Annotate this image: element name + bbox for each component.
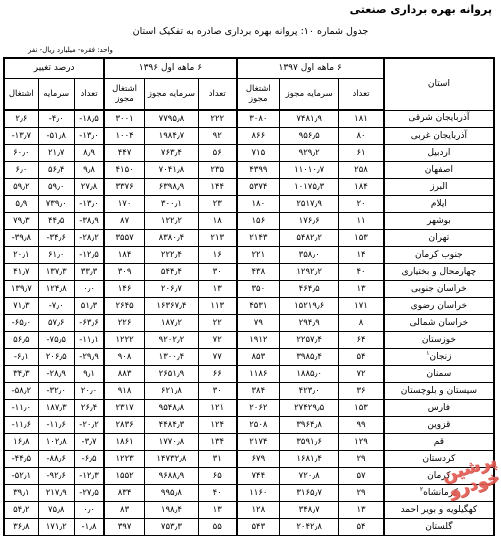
cell-count-1397: ۲۹: [339, 485, 384, 502]
cell-count-change: ۲۰٫۰: [74, 383, 104, 400]
group-header-row: استان ۶ ماهه اول ۱۳۹۷ ۶ ماهه اول ۱۳۹۶ در…: [4, 58, 494, 79]
table-row: کهگیلویه و بویر احمد ۱۳ ۳۴۸٫۷ ۱۲۸ ۱۳ ۱۹۸…: [4, 502, 494, 519]
cell-count-1396: ۲۲۲: [198, 110, 236, 128]
cell-employment-change: -۴۴٫۵: [4, 451, 38, 468]
cell-count-1396: ۵۵: [198, 519, 236, 536]
page-title: پروانه بهره برداری صنعتی: [350, 3, 492, 16]
cell-capital-1396: ۱۹۸٫۴: [144, 502, 198, 519]
cell-employment-1396: ۸۳۴: [104, 485, 144, 502]
cell-employment-change: -۳۹٫۸: [4, 230, 38, 247]
table-body: آذربایجان شرقی ۱۸۱ ۷۴۸۱٫۹ ۳۰۸۰ ۲۲۲ ۷۷۹۵٫…: [4, 110, 494, 536]
cell-count-1397: ۱۸۴: [339, 179, 384, 196]
cell-employment-1397: ۸۶۶: [237, 128, 280, 145]
cell-employment-1397: ۵۴۳: [237, 519, 280, 536]
cell-capital-1397: ۲۲۵۷٫۴: [280, 332, 339, 349]
cell-count-1396: ۷۲: [198, 332, 236, 349]
cell-employment-1396: ۸۸۳: [104, 366, 144, 383]
cell-capital-change: -۵۱٫۸: [38, 128, 74, 145]
cell-capital-1397: ۱۲۹۲٫۲: [280, 264, 339, 281]
cell-employment-1396: ۸۳: [104, 502, 144, 519]
table-row: کرمانشاه۲ ۲۹ ۳۱۶۵٫۷ ۱۱۶۰ ۴۰ ۹۹۵٫۸ ۸۳۴ -۲…: [4, 485, 494, 502]
province-name: جنوب کرمان: [384, 247, 494, 264]
cell-count-change: ۲۶٫۴: [74, 400, 104, 417]
cell-capital-1396: ۱۲۲٫۲: [144, 213, 198, 230]
table-row: قم ۱۲۹ ۳۵۹۱٫۶ ۲۱۷۴ ۱۳۴ ۱۷۷۰٫۸ ۱۸۶۱ -۳٫۷ …: [4, 434, 494, 451]
cell-capital-change: ۴۴٫۵: [38, 213, 74, 230]
cell-employment-change: ۳۶٫۸: [4, 519, 38, 536]
cell-employment-change: ۲٫۶: [4, 110, 38, 128]
province-name: چهارمحال و بختیاری: [384, 264, 494, 281]
table-row: خراسان شمالی ۸ ۲۹۴٫۹ ۷۹ ۲۲ ۱۸۷٫۲ ۲۲۶ -۶۳…: [4, 315, 494, 332]
cell-count-1397: ۴۰: [339, 264, 384, 281]
column-header-count-change: تعداد: [74, 79, 104, 111]
cell-capital-1396: ۱۳۰۰٫۴: [144, 349, 198, 366]
cell-employment-change: ۳۴٫۳: [4, 366, 38, 383]
cell-count-1396: ۶۶: [198, 366, 236, 383]
cell-count-1396: ۷۷: [198, 349, 236, 366]
province-name: آذربایجان غربی: [384, 128, 494, 145]
table-row: کرمان ۵۷ ۷۲۰٫۸ ۷۴۴ ۶۵ ۹۶۸۸٫۹ ۱۵۵۲ -۱۲٫۳ …: [4, 468, 494, 485]
group-header-percent-change: درصد تغییر: [4, 58, 104, 79]
cell-count-change: ۵۱٫۳: [74, 298, 104, 315]
cell-employment-1396: ۳۵۵۷: [104, 230, 144, 247]
cell-employment-1397: ۱۵۶: [237, 213, 280, 230]
cell-employment-change: -۵۸٫۲: [4, 383, 38, 400]
cell-capital-change: -۳۲٫۰: [38, 383, 74, 400]
cell-count-change: -۲۸٫۲: [74, 230, 104, 247]
table-row: گلستان ۵۴ ۲۰۴۲٫۸ ۵۴۳ ۵۵ ۷۵۳٫۳ ۳۹۷ -۱٫۸ ۱…: [4, 519, 494, 536]
cell-capital-1397: ۲۹۴٫۹: [280, 315, 339, 332]
cell-employment-1396: ۱۵۵۲: [104, 468, 144, 485]
cell-capital-change: ۱۳۷٫۳: [38, 264, 74, 281]
cell-capital-1397: ۳۵۹۱٫۶: [280, 434, 339, 451]
cell-count-1396: ۱۲۴: [198, 417, 236, 434]
cell-count-change: -۶۳٫۶: [74, 315, 104, 332]
cell-count-1397: ۷۲: [339, 366, 384, 383]
column-header-count-1397: تعداد: [339, 79, 384, 111]
cell-employment-change: ۷۹٫۳: [4, 213, 38, 230]
cell-count-1396: ۱۸: [198, 213, 236, 230]
cell-capital-1397: ۳۴۸٫۷: [280, 502, 339, 519]
cell-employment-change: ۳۹٫۱: [4, 485, 38, 502]
column-header-capital-1397: سرمایه مجوز: [280, 79, 339, 111]
cell-count-1397: ۹۹: [339, 417, 384, 434]
cell-capital-1397: ۵۴۸۲٫۲: [280, 230, 339, 247]
table-row: خراسان جنوبی ۱۳ ۴۶۴٫۵ ۳۵۰ ۱۳ ۲۰۶٫۷ ۱۴۶ ۰…: [4, 281, 494, 298]
cell-employment-1397: ۲۵۰۸: [237, 417, 280, 434]
cell-capital-1396: ۶۳۹۸٫۹: [144, 179, 198, 196]
unit-note: واحد: فقره- میلیارد ریال- نفر: [28, 46, 113, 54]
province-name: قزوین: [384, 417, 494, 434]
cell-count-1396: ۱۳: [198, 281, 236, 298]
cell-capital-1396: ۱۷۷۰٫۸: [144, 434, 198, 451]
cell-capital-1397: ۱۸۸۵٫۰: [280, 366, 339, 383]
cell-capital-change: ۵۷٫۶: [38, 315, 74, 332]
cell-count-change: -۱۳٫۰: [74, 196, 104, 213]
cell-count-1396: ۱۶: [198, 247, 236, 264]
cell-capital-1396: ۱۸۷٫۲: [144, 315, 198, 332]
cell-employment-1396: ۴۴۷: [104, 145, 144, 162]
cell-employment-1397: ۴۳۹۹: [237, 162, 280, 179]
cell-employment-change: -۶۵٫۰: [4, 315, 38, 332]
cell-employment-change: -۱۳٫۷: [4, 128, 38, 145]
cell-count-1397: ۲۰: [339, 196, 384, 213]
cell-capital-change: ۲۰۶٫۵: [38, 349, 74, 366]
cell-employment-1396: ۳۳۷۶: [104, 179, 144, 196]
cell-employment-1397: ۷۱۵: [237, 145, 280, 162]
cell-capital-1397: ۲۵۱۷٫۹: [280, 196, 339, 213]
cell-count-1397: ۱۵۳: [339, 230, 384, 247]
cell-employment-change: ۱۳۹٫۷: [4, 281, 38, 298]
cell-capital-1397: ۱۷۶٫۶: [280, 213, 339, 230]
cell-employment-1397: ۱۱۶۰: [237, 485, 280, 502]
cell-capital-1397: ۷۴۸۱٫۹: [280, 110, 339, 128]
cell-employment-1396: ۲۶۴۵: [104, 298, 144, 315]
cell-count-1397: ۱۷۱: [339, 298, 384, 315]
cell-employment-1397: ۱۹۱۲: [237, 332, 280, 349]
cell-capital-change: -۷۵٫۵: [38, 332, 74, 349]
table-row: فارس ۱۵۳ ۲۷۴۲۹٫۵ ۲۰۶۲ ۱۲۱ ۹۵۴۸٫۸ ۲۳۱۷ ۲۶…: [4, 400, 494, 417]
table-row: اردبیل ۶۱ ۹۲۹٫۲ ۷۱۵ ۵۶ ۷۶۳٫۴ ۴۴۷ ۸٫۹ ۲۱٫…: [4, 145, 494, 162]
province-name: خراسان رضوی: [384, 298, 494, 315]
cell-employment-change: ۵۹٫۲: [4, 179, 38, 196]
province-name: ایلام: [384, 196, 494, 213]
cell-capital-1397: ۱۵۲۱۹٫۶: [280, 298, 339, 315]
cell-count-change: ۲۷٫۸: [74, 179, 104, 196]
cell-count-1396: ۱۴۴: [198, 179, 236, 196]
cell-count-1397: ۱۸۱: [339, 110, 384, 128]
province-name: آذربایجان شرقی: [384, 110, 494, 128]
province-name: خوزستان: [384, 332, 494, 349]
province-name: سیستان و بلوچستان: [384, 383, 494, 400]
cell-count-1396: ۴۰: [198, 485, 236, 502]
cell-employment-1397: ۷۴۴: [237, 468, 280, 485]
cell-employment-1396: ۱۸۶۱: [104, 434, 144, 451]
cell-capital-change: ۱۲۴٫۸: [38, 281, 74, 298]
cell-capital-1396: ۲۲۲٫۴: [144, 247, 198, 264]
cell-capital-1396: ۸۳۸۰٫۴: [144, 230, 198, 247]
cell-capital-change: ۱۸۷٫۳: [38, 400, 74, 417]
cell-employment-1397: ۱۸۰: [237, 196, 280, 213]
table-caption: جدول شماره ۱۰: پروانه بهره برداری صادره …: [0, 26, 501, 37]
province-name: خراسان شمالی: [384, 315, 494, 332]
group-header-1397: ۶ ماهه اول ۱۳۹۷: [237, 58, 384, 79]
cell-capital-1397: ۹۵۶٫۵: [280, 128, 339, 145]
cell-employment-1397: ۳۵۰: [237, 281, 280, 298]
cell-capital-1396: ۱۶۳۶۷٫۴: [144, 298, 198, 315]
cell-capital-1396: ۲۰۶٫۷: [144, 281, 198, 298]
cell-count-1397: ۵۴: [339, 349, 384, 366]
cell-capital-1396: ۴۴۸۴٫۳: [144, 417, 198, 434]
cell-capital-change: -۴٫۰: [38, 110, 74, 128]
table-row: جنوب کرمان ۱۴ ۳۵۸٫۰ ۲۲۱ ۱۶ ۲۲۲٫۴ ۱۸۴ -۱۲…: [4, 247, 494, 264]
cell-employment-1396: ۹۰۸: [104, 349, 144, 366]
cell-count-change: -۱۳٫۰: [74, 128, 104, 145]
cell-count-1397: ۵۷: [339, 468, 384, 485]
province-name: اردبیل: [384, 145, 494, 162]
cell-capital-1396: ۷۰۴۱٫۸: [144, 162, 198, 179]
cell-capital-change: ۷۵٫۸: [38, 502, 74, 519]
province-name: کهگیلویه و بویر احمد: [384, 502, 494, 519]
province-name: فارس: [384, 400, 494, 417]
cell-employment-1397: ۱۲۸: [237, 502, 280, 519]
cell-employment-1397: ۷۹: [237, 315, 280, 332]
table-row: اصفهان ۲۵۸ ۱۱۰۱۰٫۷ ۴۳۹۹ ۲۳۵ ۷۰۴۱٫۸ ۴۱۵۰ …: [4, 162, 494, 179]
column-header-capital-1396: سرمایه مجوز: [144, 79, 198, 111]
cell-capital-1396: ۷۷۹۵٫۸: [144, 110, 198, 128]
cell-capital-change: ۲۱٫۷: [38, 145, 74, 162]
cell-capital-1396: ۹۶۸۸٫۹: [144, 468, 198, 485]
cell-count-1396: ۳۰: [198, 383, 236, 400]
cell-employment-1397: ۸۵۳: [237, 349, 280, 366]
province-name: کرمانشاه۲: [384, 485, 494, 502]
cell-count-1396: ۳۰: [198, 264, 236, 281]
cell-capital-change: ۶۱٫۰: [38, 247, 74, 264]
cell-employment-1396: ۱۷۰: [104, 196, 144, 213]
cell-capital-1396: ۶۲۱٫۸: [144, 383, 198, 400]
table-row: خوزستان ۶۴ ۲۲۵۷٫۴ ۱۹۱۲ ۷۲ ۹۲۰۲٫۲ ۱۲۲۲ -۱…: [4, 332, 494, 349]
cell-count-1397: ۱۳: [339, 502, 384, 519]
column-header-count-1396: تعداد: [198, 79, 236, 111]
province-name: زنجان۱: [384, 349, 494, 366]
cell-capital-1396: ۲۶۵۱٫۹: [144, 366, 198, 383]
cell-employment-change: -۱۱٫۰: [4, 400, 38, 417]
cell-employment-1396: ۸۷: [104, 213, 144, 230]
cell-count-1397: ۲۹: [339, 451, 384, 468]
cell-employment-1397: ۲۱۴۳: [237, 230, 280, 247]
cell-capital-1397: ۲۷۴۲۹٫۵: [280, 400, 339, 417]
cell-employment-change: ۲۰٫۱: [4, 247, 38, 264]
table-row: زنجان۱ ۵۴ ۳۹۸۵٫۴ ۸۵۳ ۷۷ ۱۳۰۰٫۴ ۹۰۸ -۲۹٫۹…: [4, 349, 494, 366]
cell-capital-change: -۳۴٫۶: [38, 230, 74, 247]
cell-capital-change: -۷٫۰: [38, 298, 74, 315]
cell-employment-1396: ۱۴۶: [104, 281, 144, 298]
cell-count-change: -۲۹٫۹: [74, 349, 104, 366]
cell-employment-1396: ۱۲۲۳: [104, 451, 144, 468]
cell-capital-change: ۷۳۹٫۰: [38, 196, 74, 213]
cell-count-1397: ۶۱: [339, 145, 384, 162]
cell-employment-1397: ۱۱۸۶: [237, 366, 280, 383]
cell-count-1396: ۶۵: [198, 468, 236, 485]
table-row: البرز ۱۸۴ ۱۰۱۷۵٫۳ ۵۳۷۴ ۱۴۴ ۶۳۹۸٫۹ ۳۳۷۶ ۲…: [4, 179, 494, 196]
table-row: کردستان ۲۹ ۱۶۸۱٫۴ ۶۷۹ ۳۱ ۱۴۷۳۲٫۸ ۱۲۲۳ -۶…: [4, 451, 494, 468]
cell-count-1397: ۱۳: [339, 281, 384, 298]
table-row: ایلام ۲۰ ۲۵۱۷٫۹ ۱۸۰ ۲۳ ۳۰۰٫۱ ۱۷۰ -۱۳٫۰ ۷…: [4, 196, 494, 213]
cell-employment-1396: ۱۰۰۴: [104, 128, 144, 145]
cell-count-change: -۱٫۸: [74, 519, 104, 536]
cell-count-change: ۰٫۰: [74, 281, 104, 298]
cell-capital-change: -۹۲٫۶: [38, 468, 74, 485]
cell-employment-change: ۶٫۰: [4, 162, 38, 179]
cell-capital-1397: ۴۶۴٫۵: [280, 281, 339, 298]
table-header: استان ۶ ماهه اول ۱۳۹۷ ۶ ماهه اول ۱۳۹۶ در…: [4, 58, 494, 110]
cell-capital-1396: ۱۴۷۳۲٫۸: [144, 451, 198, 468]
cell-count-change: -۶٫۵: [74, 451, 104, 468]
cell-employment-1396: ۴۱۵۰: [104, 162, 144, 179]
province-name: بوشهر: [384, 213, 494, 230]
cell-employment-change: -۶٫۱: [4, 349, 38, 366]
cell-capital-change: -۱۱٫۶: [38, 417, 74, 434]
cell-employment-1396: ۹۱۸: [104, 383, 144, 400]
cell-capital-1397: ۳۹۶۴٫۸: [280, 417, 339, 434]
cell-employment-1397: ۲۱۷۴: [237, 434, 280, 451]
table-row: آذربایجان شرقی ۱۸۱ ۷۴۸۱٫۹ ۳۰۸۰ ۲۲۲ ۷۷۹۵٫…: [4, 110, 494, 128]
cell-count-change: -۱۲٫۳: [74, 468, 104, 485]
cell-capital-1397: ۹۲۹٫۲: [280, 145, 339, 162]
province-name: البرز: [384, 179, 494, 196]
cell-count-1396: ۲۳: [198, 196, 236, 213]
cell-count-1396: ۵۶: [198, 145, 236, 162]
table-row: قزوین ۹۹ ۳۹۶۴٫۸ ۲۵۰۸ ۱۲۴ ۴۴۸۴٫۳ ۲۸۳۶ -۲۰…: [4, 417, 494, 434]
cell-employment-1396: ۳۰۰۱: [104, 110, 144, 128]
cell-employment-1397: ۲۰۶۲: [237, 400, 280, 417]
cell-count-1397: ۱۴: [339, 247, 384, 264]
province-name: اصفهان: [384, 162, 494, 179]
column-header-employment-change: اشتغال: [4, 79, 38, 111]
cell-capital-1397: ۱۶۸۱٫۴: [280, 451, 339, 468]
cell-capital-change: ۵۶٫۴: [38, 162, 74, 179]
column-header-employment-1396: اشتغال مجوز: [104, 79, 144, 111]
cell-capital-1397: ۳۱۶۵٫۷: [280, 485, 339, 502]
cell-count-change: -۲۷٫۵: [74, 485, 104, 502]
cell-capital-change: ۱۷۱٫۲: [38, 519, 74, 536]
cell-employment-1396: ۲۸۳۶: [104, 417, 144, 434]
cell-capital-change: ۲۱۷٫۹: [38, 485, 74, 502]
column-header-capital-change: سرمایه: [38, 79, 74, 111]
table-row: سیستان و بلوچستان ۳۶ ۴۲۳٫۰ ۳۸۴ ۳۰ ۶۲۱٫۸ …: [4, 383, 494, 400]
cell-capital-1397: ۳۵۸٫۰: [280, 247, 339, 264]
cell-count-change: -۳٫۷: [74, 434, 104, 451]
cell-capital-change: -۸۸٫۶: [38, 451, 74, 468]
cell-count-1396: ۱۲۱: [198, 400, 236, 417]
cell-capital-1397: ۷۲۰٫۸: [280, 468, 339, 485]
cell-count-change: -۱۱٫۱: [74, 332, 104, 349]
cell-count-1397: ۸: [339, 315, 384, 332]
province-name: کردستان: [384, 451, 494, 468]
province-name: گلستان: [384, 519, 494, 536]
cell-employment-change: ۵٫۹: [4, 196, 38, 213]
cell-employment-change: ۶۰٫۰: [4, 145, 38, 162]
column-header-province: استان: [384, 58, 494, 110]
cell-capital-change: ۱۰۲٫۸: [38, 434, 74, 451]
cell-count-1396: ۳۱: [198, 451, 236, 468]
cell-employment-1396: ۲۳۱۷: [104, 400, 144, 417]
cell-employment-1397: ۵۳۷۴: [237, 179, 280, 196]
cell-capital-1397: ۱۰۱۷۵٫۳: [280, 179, 339, 196]
table-row: بوشهر ۱۱ ۱۷۶٫۶ ۱۵۶ ۱۸ ۱۲۲٫۲ ۸۷ -۳۸٫۹ ۴۴٫…: [4, 213, 494, 230]
cell-employment-1397: ۲۲۱: [237, 247, 280, 264]
cell-count-change: ۳۳٫۳: [74, 264, 104, 281]
table-row: تهران ۱۵۳ ۵۴۸۲٫۲ ۲۱۴۳ ۲۱۳ ۸۳۸۰٫۴ ۳۵۵۷ -۲…: [4, 230, 494, 247]
cell-capital-1396: ۳۰۰٫۱: [144, 196, 198, 213]
table-row: چهارمحال و بختیاری ۴۰ ۱۲۹۲٫۲ ۴۳۸ ۳۰ ۵۴۴٫…: [4, 264, 494, 281]
cell-employment-1397: ۳۸۴: [237, 383, 280, 400]
table-row: خراسان رضوی ۱۷۱ ۱۵۲۱۹٫۶ ۴۵۳۱ ۱۱۳ ۱۶۳۶۷٫۴…: [4, 298, 494, 315]
cell-capital-1396: ۹۹۵٫۸: [144, 485, 198, 502]
cell-employment-1397: ۶۷۹: [237, 451, 280, 468]
cell-capital-1396: ۱۹۸۴٫۷: [144, 128, 198, 145]
cell-count-1397: ۱۱: [339, 213, 384, 230]
cell-capital-1397: ۳۹۸۵٫۴: [280, 349, 339, 366]
cell-capital-1397: ۱۱۰۱۰٫۷: [280, 162, 339, 179]
cell-count-1396: ۲۱۳: [198, 230, 236, 247]
cell-employment-change: ۵۴٫۲: [4, 502, 38, 519]
province-name: سمنان: [384, 366, 494, 383]
cell-employment-change: ۵۶٫۵: [4, 332, 38, 349]
cell-count-1397: ۳۶: [339, 383, 384, 400]
cell-employment-1396: ۳۰۹: [104, 264, 144, 281]
cell-employment-1396: ۲۲۶: [104, 315, 144, 332]
cell-employment-change: ۴۱٫۷: [4, 264, 38, 281]
cell-capital-1396: ۹۲۰۲٫۲: [144, 332, 198, 349]
column-header-employment-1397: اشتغال مجوز: [237, 79, 280, 111]
cell-capital-1397: ۴۲۳٫۰: [280, 383, 339, 400]
cell-count-1396: ۲۲: [198, 315, 236, 332]
cell-count-change: ۹٫۱: [74, 366, 104, 383]
cell-count-change: -۱۸٫۵: [74, 110, 104, 128]
cell-employment-change: -۱۱٫۶: [4, 417, 38, 434]
province-name: خراسان جنوبی: [384, 281, 494, 298]
province-name: کرمان: [384, 468, 494, 485]
cell-count-1397: ۸۰: [339, 128, 384, 145]
cell-employment-1396: ۳۹۷: [104, 519, 144, 536]
cell-count-change: -۱۲٫۵: [74, 247, 104, 264]
cell-count-change: -۲۰٫۲: [74, 417, 104, 434]
cell-employment-change: ۱۶٫۸: [4, 434, 38, 451]
cell-count-1396: ۱۳: [198, 502, 236, 519]
cell-employment-1397: ۴۳۸: [237, 264, 280, 281]
table-row: آذربایجان غربی ۸۰ ۹۵۶٫۵ ۸۶۶ ۹۲ ۱۹۸۴٫۷ ۱۰…: [4, 128, 494, 145]
cell-count-1396: ۲۳۵: [198, 162, 236, 179]
cell-count-change: -۳۸٫۹: [74, 213, 104, 230]
cell-count-1396: ۹۲: [198, 128, 236, 145]
cell-count-change: ۸٫۹: [74, 145, 104, 162]
cell-count-1396: ۱۱۳: [198, 298, 236, 315]
cell-capital-1396: ۵۴۴٫۴: [144, 264, 198, 281]
cell-capital-1396: ۷۶۳٫۴: [144, 145, 198, 162]
cell-employment-1396: ۱۲۲۲: [104, 332, 144, 349]
cell-count-1397: ۱۵۳: [339, 400, 384, 417]
cell-capital-1397: ۲۰۴۲٫۸: [280, 519, 339, 536]
cell-capital-change: -۲۸٫۹: [38, 366, 74, 383]
table-row: سمنان ۷۲ ۱۸۸۵٫۰ ۱۱۸۶ ۶۶ ۲۶۵۱٫۹ ۸۸۳ ۹٫۱ -…: [4, 366, 494, 383]
cell-count-1397: ۲۵۸: [339, 162, 384, 179]
province-name: قم: [384, 434, 494, 451]
cell-capital-1396: ۷۵۳٫۳: [144, 519, 198, 536]
cell-employment-1396: ۱۸۴: [104, 247, 144, 264]
cell-employment-1397: ۳۰۸۰: [237, 110, 280, 128]
cell-count-change: ۹٫۸: [74, 162, 104, 179]
cell-count-1397: ۱۲۹: [339, 434, 384, 451]
province-name: تهران: [384, 230, 494, 247]
cell-employment-change: ۷۱٫۳: [4, 298, 38, 315]
cell-employment-1397: ۴۵۳۱: [237, 298, 280, 315]
cell-employment-change: -۵۲٫۱: [4, 468, 38, 485]
group-header-1396: ۶ ماهه اول ۱۳۹۶: [104, 58, 236, 79]
cell-capital-1396: ۹۵۴۸٫۸: [144, 400, 198, 417]
cell-count-1397: ۶۴: [339, 332, 384, 349]
cell-count-1397: ۵۴: [339, 519, 384, 536]
cell-capital-change: ۵۹٫۰: [38, 179, 74, 196]
cell-count-change: ۰٫۰: [74, 502, 104, 519]
province-license-table: استان ۶ ماهه اول ۱۳۹۷ ۶ ماهه اول ۱۳۹۶ در…: [3, 57, 495, 536]
cell-count-1396: ۱۳۴: [198, 434, 236, 451]
